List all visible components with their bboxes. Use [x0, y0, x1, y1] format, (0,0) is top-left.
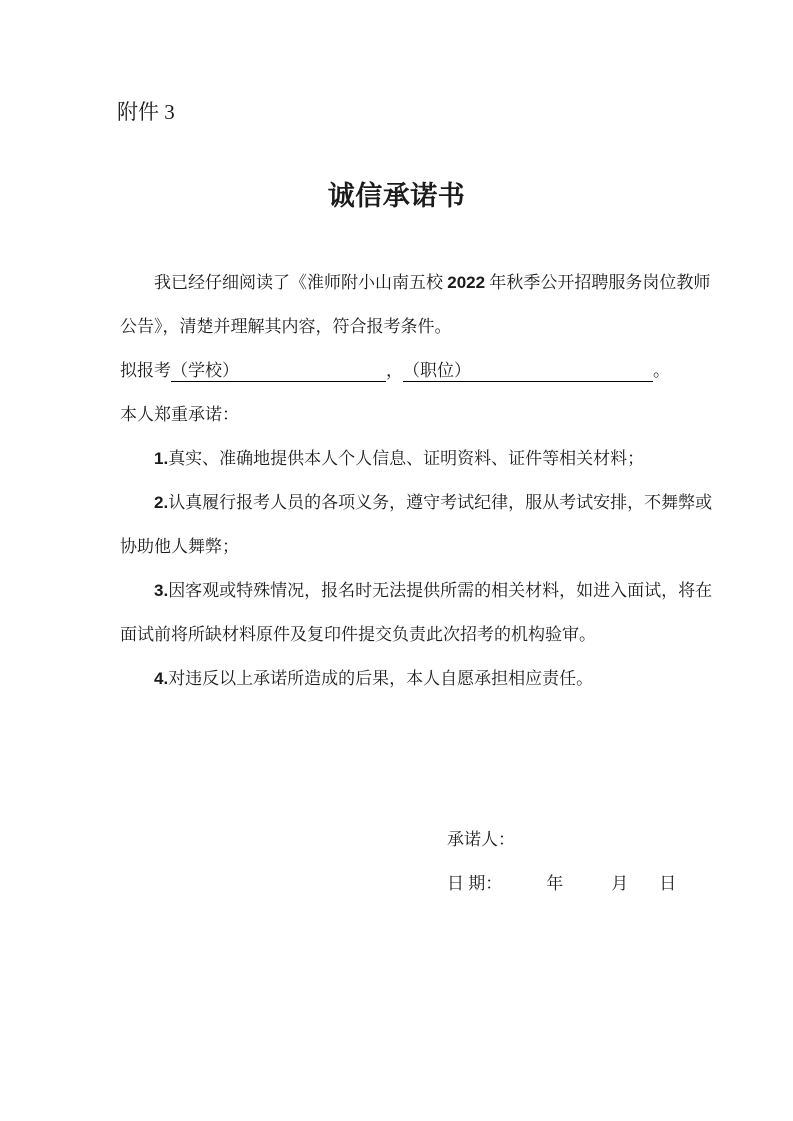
item-4-line-1: 4.对违反以上承诺所造成的后果，本人自愿承担相应责任。: [120, 657, 678, 701]
item-3-text-1: 因客观或特殊情况，报名时无法提供所需的相关材料，如进入面试，将在: [168, 581, 712, 600]
school-label: （学校）: [171, 361, 239, 380]
item-1-line-1: 1.真实、准确地提供本人个人信息、证明资料、证件等相关材料；: [120, 437, 678, 481]
date-label: 日 期：: [447, 874, 502, 893]
attachment-label: 附件 3: [117, 99, 175, 125]
apply-prefix: 拟报考: [120, 361, 171, 380]
position-blank-field: （职位）: [403, 361, 653, 382]
item-2-line-1: 2.认真履行报考人员的各项义务，遵守考试纪律，服从考试安排，不舞弊或: [120, 481, 678, 525]
date-month-label: 月: [611, 874, 628, 893]
paragraph-1-line-1: 我已经仔细阅读了《淮师附小山南五校 2022 年秋季公开招聘服务岗位教师: [120, 261, 678, 305]
date-day-label: 日: [659, 874, 676, 893]
apply-comma: ，: [386, 361, 403, 380]
paragraph-1-line-2: 公告》，清楚并理解其内容，符合报考条件。: [120, 305, 678, 349]
apply-line: 拟报考（学校），（职位）。: [120, 349, 678, 393]
date-line: 日 期：年月日: [447, 862, 676, 906]
item-1-number: 1.: [154, 449, 168, 468]
document-body: 我已经仔细阅读了《淮师附小山南五校 2022 年秋季公开招聘服务岗位教师 公告》…: [120, 261, 678, 701]
item-2-number: 2.: [154, 493, 168, 512]
item-3-line-2: 面试前将所缺材料原件及复印件提交负责此次招考的机构验审。: [120, 613, 678, 657]
year-number: 2022: [447, 273, 485, 292]
item-4-number: 4.: [154, 669, 168, 688]
date-year-label: 年: [546, 874, 563, 893]
promiser-label: 承诺人：: [447, 818, 676, 862]
item-1-text: 真实、准确地提供本人个人信息、证明资料、证件等相关材料；: [168, 449, 644, 468]
paragraph-1-text-pre: 我已经仔细阅读了《淮师附小山南五校: [154, 273, 447, 292]
apply-period: 。: [653, 361, 670, 380]
document-page: 附件 3 诚信承诺书 我已经仔细阅读了《淮师附小山南五校 2022 年秋季公开招…: [0, 0, 793, 1121]
item-2-line-2: 协助他人舞弊；: [120, 525, 678, 569]
promise-intro: 本人郑重承诺：: [120, 393, 678, 437]
item-3-line-1: 3.因客观或特殊情况，报名时无法提供所需的相关材料，如进入面试，将在: [120, 569, 678, 613]
item-4-text: 对违反以上承诺所造成的后果，本人自愿承担相应责任。: [168, 669, 593, 688]
item-2-text-1: 认真履行报考人员的各项义务，遵守考试纪律，服从考试安排，不舞弊或: [168, 493, 712, 512]
item-3-number: 3.: [154, 581, 168, 600]
document-title: 诚信承诺书: [0, 178, 793, 214]
position-label: （职位）: [403, 361, 471, 380]
paragraph-1-text-post: 年秋季公开招聘服务岗位教师: [485, 273, 710, 292]
school-blank-field: （学校）: [171, 361, 386, 382]
signature-block: 承诺人： 日 期：年月日: [447, 818, 676, 906]
